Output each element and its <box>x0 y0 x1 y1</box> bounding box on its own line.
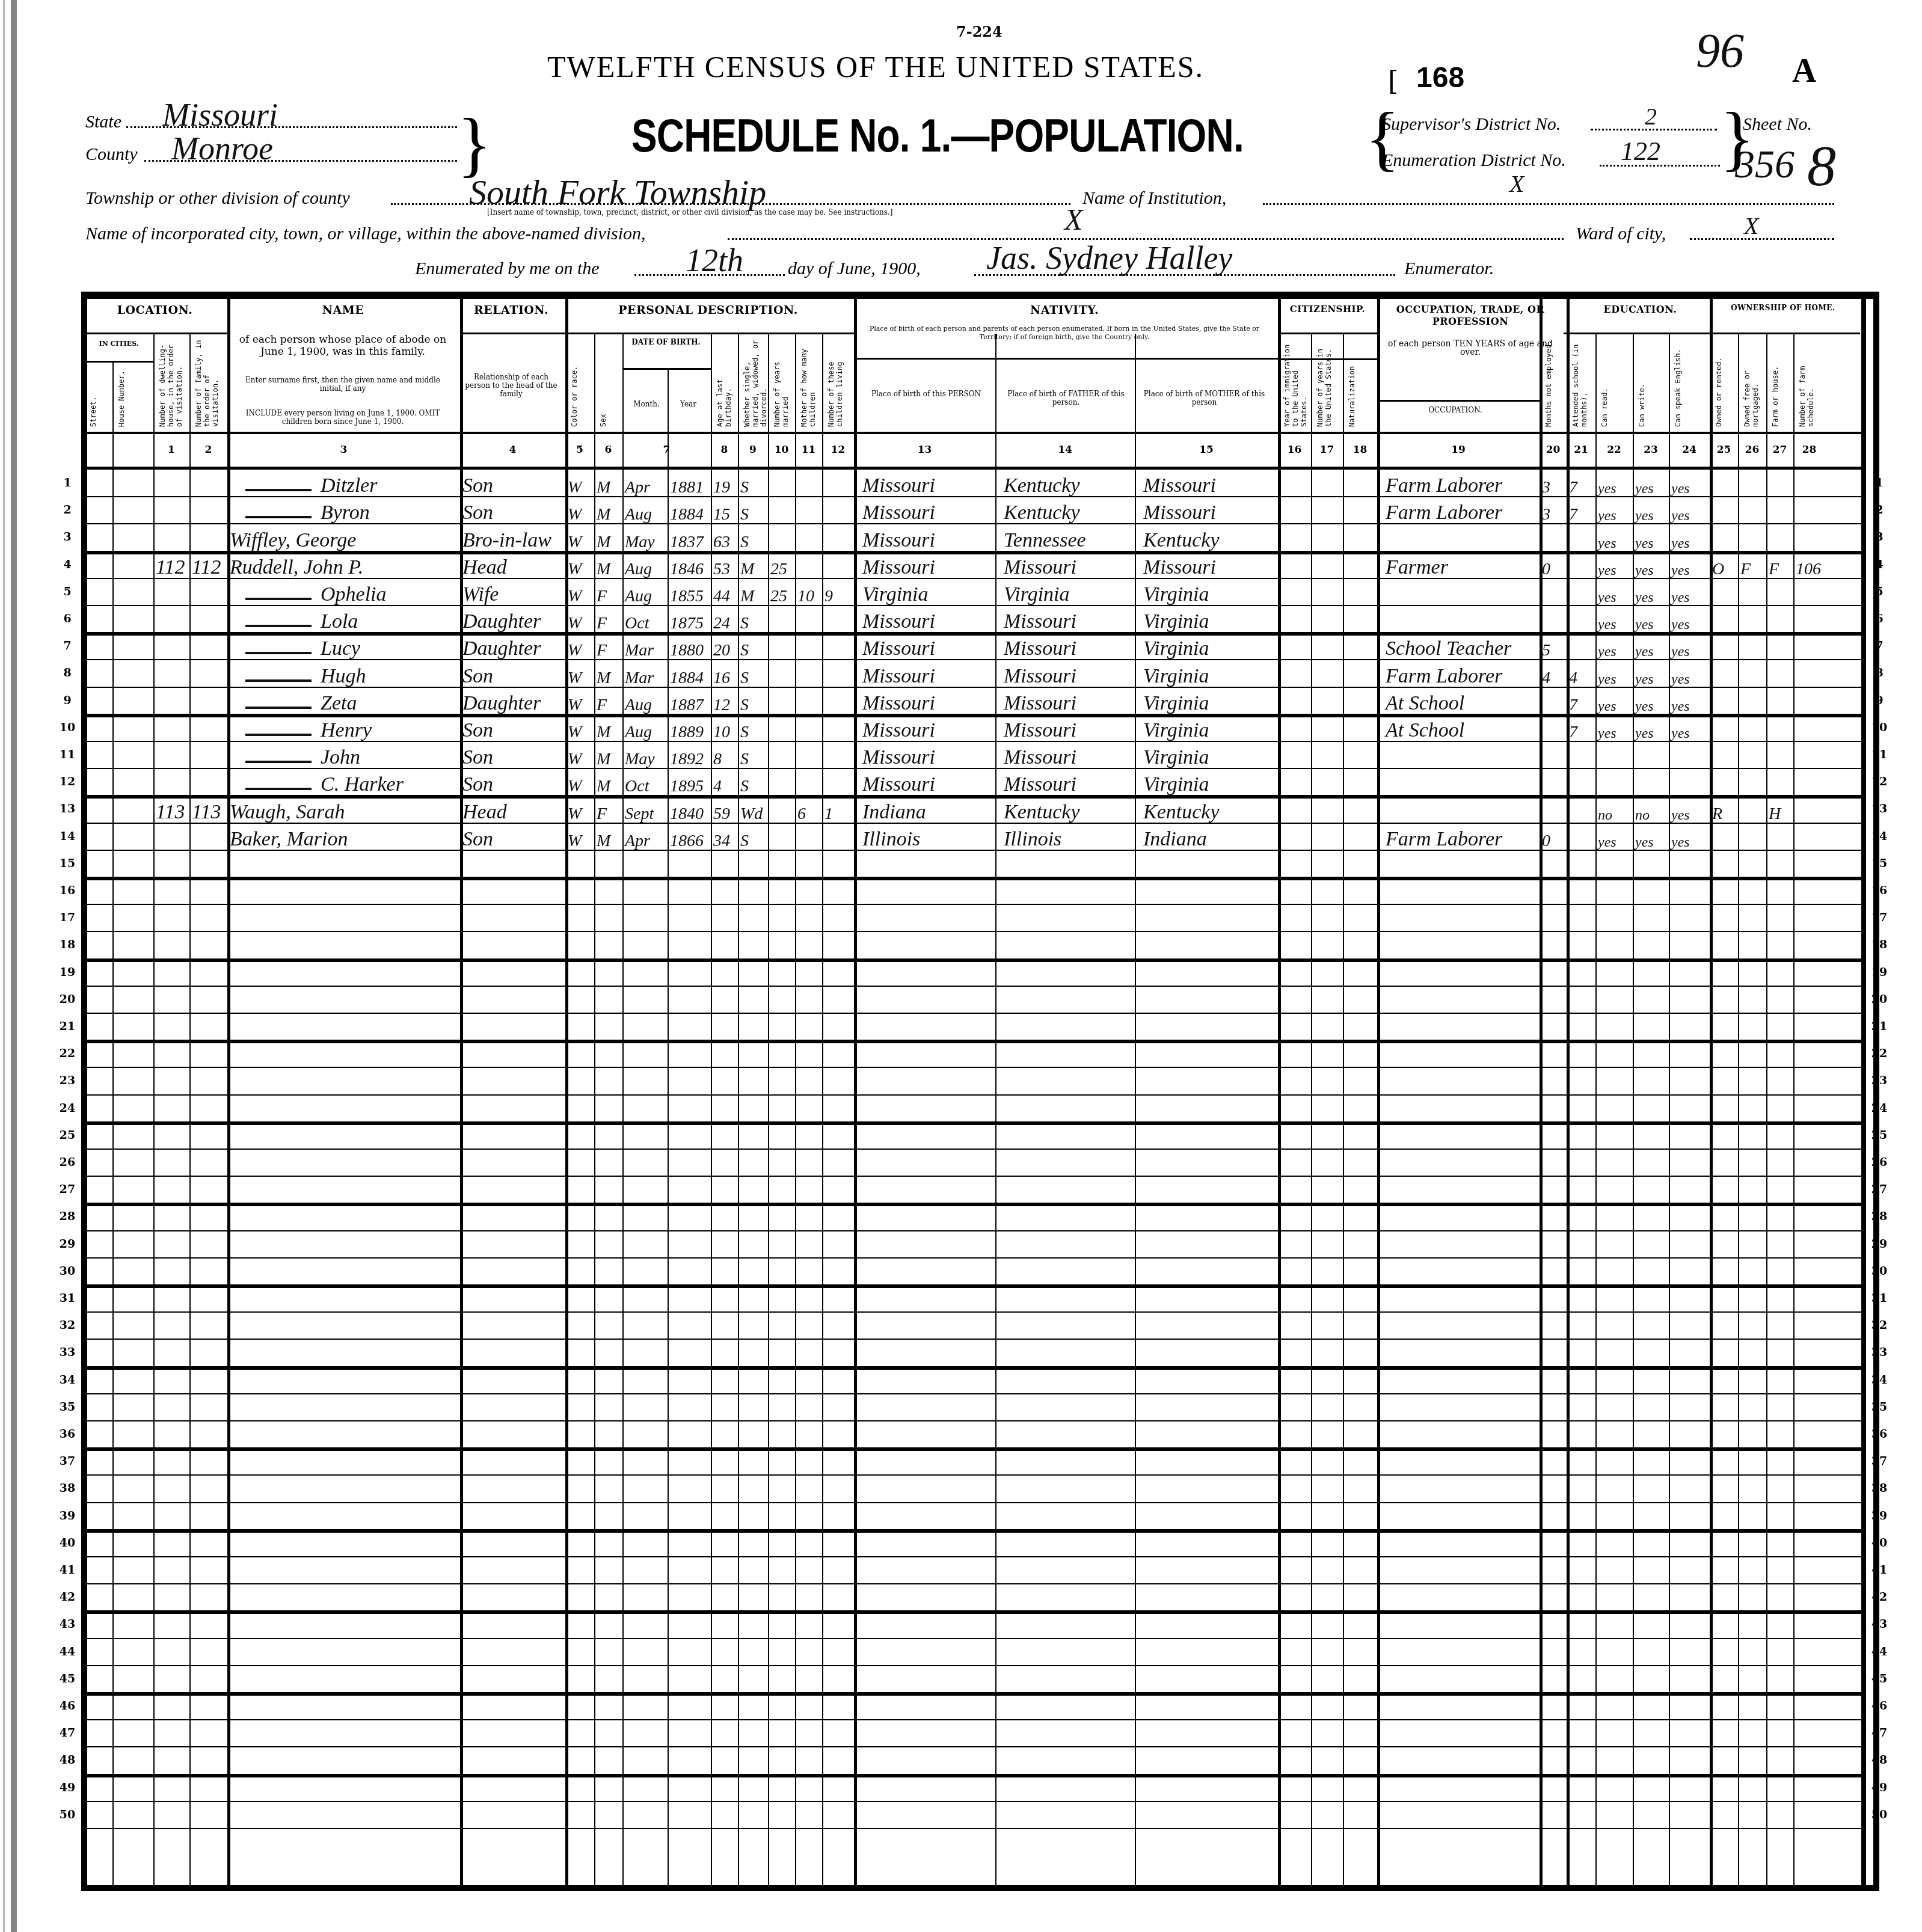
cell-sex: M <box>597 778 610 795</box>
group-personal-description: PERSONAL DESCRIPTION. <box>565 304 851 317</box>
line-number: 28 <box>1867 1210 1891 1223</box>
cell-year: 1884 <box>670 670 704 687</box>
cell-sex: M <box>597 833 610 850</box>
line-number: 22 <box>1867 1047 1891 1060</box>
cell-occupation: At School <box>1386 693 1464 714</box>
cell-marital: S <box>740 670 749 687</box>
cell-year: 1875 <box>670 615 704 632</box>
column-number: 12 <box>822 444 854 456</box>
row-rule <box>84 1692 1861 1696</box>
cell-marital: S <box>740 697 749 714</box>
cell-mother-birth: Kentucky <box>1143 802 1220 823</box>
col-birth-person: Place of birth of this PERSON <box>857 390 995 398</box>
cell-month: Mar <box>625 642 654 659</box>
group-nativity: NATIVITY. <box>854 304 1275 317</box>
column-number: 18 <box>1343 444 1377 456</box>
cell-read: yes <box>1598 726 1617 741</box>
column-number: 2 <box>189 444 227 456</box>
cell-birth: Missouri <box>862 612 935 632</box>
row-rule <box>84 1420 1861 1421</box>
cell-father-birth: Missouri <box>1004 557 1076 578</box>
ward-field-line <box>1690 238 1834 240</box>
cell-month: Aug <box>625 561 652 578</box>
line-number: 40 <box>55 1536 79 1550</box>
city-label: Name of incorporated city, town, or vill… <box>85 224 646 244</box>
cell-occupation: Farmer <box>1386 557 1448 578</box>
table-row: ByronSonWMAug188415SMissouriKentuckyMiss… <box>0 498 1922 526</box>
cell-father-birth: Missouri <box>1004 666 1076 687</box>
cell-birth: Virginia <box>862 584 929 605</box>
row-rule <box>84 1284 1861 1288</box>
cell-write: no <box>1635 808 1650 823</box>
cell-mother-birth: Indiana <box>1143 829 1207 850</box>
city-value: X <box>1064 202 1083 237</box>
cell-year: 1892 <box>670 751 704 768</box>
line-number: 19 <box>1867 966 1891 979</box>
line-number: 32 <box>1867 1319 1891 1332</box>
cell-year: 1895 <box>670 778 704 795</box>
cell-year: 1840 <box>670 806 704 823</box>
cell-sex: F <box>597 806 607 823</box>
column-number: 15 <box>1135 444 1278 456</box>
line-number: 30 <box>55 1265 79 1278</box>
line-number: 37 <box>55 1455 79 1468</box>
cell-english: yes <box>1671 618 1690 632</box>
cell-english: yes <box>1671 808 1690 823</box>
table-row: LucyDaughterWFMar188020SMissouriMissouri… <box>0 634 1922 661</box>
line-number: 23 <box>55 1074 79 1087</box>
sheet-label: Sheet No. <box>1743 114 1812 135</box>
page-left-binding-edge <box>11 0 17 1932</box>
cell-age: 16 <box>713 670 730 687</box>
cell-mother-of: 10 <box>797 588 814 605</box>
cell-unemployed: 5 <box>1542 642 1550 659</box>
line-number: 39 <box>1867 1509 1891 1523</box>
occupation-description: of each person TEN YEARS of age and over… <box>1383 340 1558 357</box>
county-value: Monroe <box>171 130 273 167</box>
cell-father-birth: Missouri <box>1004 639 1076 659</box>
group-name: NAME <box>227 304 459 317</box>
cell-occupation: At School <box>1386 720 1464 741</box>
cell-sex: M <box>597 506 610 523</box>
col-header-read: Can read. <box>1600 337 1609 427</box>
col-header-naturalization: Naturalization <box>1348 337 1356 427</box>
group-occupation: OCCUPATION, TRADE, OR PROFESSION <box>1380 304 1561 328</box>
cell-relation: Son <box>462 503 493 523</box>
cell-month: Aug <box>625 724 652 741</box>
name-description: of each person whose place of abode on J… <box>238 334 448 358</box>
header-bottom-rule <box>84 432 1861 434</box>
table-row: DitzlerSonWMApr188119SMissouriKentuckyMi… <box>0 471 1922 498</box>
line-number: 24 <box>55 1102 79 1115</box>
ditto-dash <box>245 625 312 627</box>
cell-color: W <box>568 778 582 795</box>
cell-marital: M <box>740 561 754 578</box>
col-header-mother-of: Mother of how many children <box>800 337 817 427</box>
cell-read: yes <box>1598 509 1617 523</box>
cell-father-birth: Kentucky <box>1004 476 1080 496</box>
line-number: 41 <box>55 1563 79 1577</box>
column-number: 28 <box>1793 444 1825 456</box>
census-title: TWELFTH CENSUS OF THE UNITED STATES. <box>547 49 1204 84</box>
cell-marital: S <box>740 724 749 741</box>
enumerated-prefix: Enumerated by me on the <box>415 259 600 279</box>
column-number: 8 <box>711 444 738 456</box>
cell-color: W <box>568 670 582 687</box>
cell-english: yes <box>1671 699 1690 714</box>
enumerator-name: Jas. Sydney Halley <box>986 239 1232 277</box>
cell-name: Wiffley, George <box>230 530 356 551</box>
cell-unemployed: 4 <box>1542 670 1550 687</box>
row-rule <box>84 1746 1861 1747</box>
cell-month: Aug <box>625 697 652 714</box>
line-number: 35 <box>55 1400 79 1414</box>
line-number: 41 <box>1867 1563 1891 1577</box>
cell-yrs-married: 25 <box>770 561 787 578</box>
table-row: OpheliaWifeWFAug185544M25109VirginiaVirg… <box>0 580 1922 607</box>
cell-farm: H <box>1769 806 1781 823</box>
cell-year: 1855 <box>670 588 704 605</box>
cell-father-birth: Missouri <box>1004 720 1076 741</box>
cell-age: 59 <box>713 806 730 823</box>
line-number: 33 <box>1867 1346 1891 1359</box>
cell-age: 8 <box>713 751 722 768</box>
column-number: 17 <box>1311 444 1343 456</box>
cell-marital: S <box>740 506 749 523</box>
row-rule <box>84 958 1861 962</box>
cell-dwelling: 112 <box>156 557 185 578</box>
state-county-brace: } <box>457 108 492 180</box>
cell-name: Baker, Marion <box>230 829 348 850</box>
header-divider <box>1377 400 1540 402</box>
cell-relation: Son <box>462 476 493 496</box>
enumerated-suffix: day of June, 1900, <box>788 259 921 279</box>
line-number: 26 <box>1867 1156 1891 1169</box>
cell-english: yes <box>1671 536 1690 551</box>
cell-birth: Missouri <box>862 503 935 523</box>
row-rule <box>84 1774 1861 1777</box>
ditto-dash <box>245 679 312 682</box>
cell-relation: Daughter <box>462 612 541 632</box>
enumerator-label: Enumerator. <box>1404 259 1494 279</box>
cell-marital: M <box>740 588 754 605</box>
group-ownership: OWNERSHIP OF HOME. <box>1720 304 1846 312</box>
cell-month: May <box>625 751 655 768</box>
line-number: 36 <box>55 1428 79 1441</box>
group-in-cities: IN CITIES. <box>84 340 153 348</box>
cell-father-birth: Missouri <box>1004 693 1076 714</box>
line-number: 38 <box>1867 1482 1891 1495</box>
line-number: 37 <box>1867 1455 1891 1468</box>
cell-color: W <box>568 642 582 659</box>
line-number: 27 <box>55 1183 79 1196</box>
group-relation: RELATION. <box>460 304 562 317</box>
table-row: LolaDaughterWFOct187524SMissouriMissouri… <box>0 607 1922 634</box>
cell-father-birth: Missouri <box>1004 774 1076 795</box>
cell-name: Waugh, Sarah <box>230 802 345 823</box>
line-number: 21 <box>1867 1020 1891 1033</box>
col-header-house: House Number. <box>117 367 126 427</box>
row-rule <box>84 1393 1861 1394</box>
line-number: 46 <box>55 1699 79 1713</box>
cell-sex: M <box>597 479 610 496</box>
row-rule <box>84 931 1861 932</box>
column-number: 26 <box>1738 444 1766 456</box>
line-number: 44 <box>55 1645 79 1658</box>
col-header-dwelling: Number of dwelling-house, in the order o… <box>158 337 183 427</box>
cell-relation: Son <box>462 747 493 768</box>
cell-occupation: Farm Laborer <box>1386 829 1502 850</box>
schedule-title: SCHEDULE No. 1.—POPULATION. <box>631 108 1244 163</box>
cell-read: yes <box>1598 645 1617 659</box>
cell-free: F <box>1740 561 1751 578</box>
row-rule <box>84 1556 1861 1557</box>
cell-sex: F <box>597 588 607 605</box>
cell-marital: S <box>740 534 749 551</box>
cell-occupation: Farm Laborer <box>1386 503 1502 523</box>
line-number: 31 <box>1867 1292 1891 1305</box>
cell-father-birth: Kentucky <box>1004 503 1080 523</box>
cell-name: Ophelia <box>321 584 387 605</box>
header-divider <box>854 358 1278 360</box>
col-header-schedule: Number of farm schedule. <box>1798 337 1815 427</box>
line-number: 50 <box>55 1808 79 1821</box>
cell-year: 1837 <box>670 534 704 551</box>
stamp-bracket-mark: [ <box>1388 66 1398 97</box>
line-number: 33 <box>55 1346 79 1359</box>
state-label: State <box>85 112 121 132</box>
line-number: 49 <box>55 1781 79 1794</box>
line-number: 34 <box>1867 1373 1891 1387</box>
col-header-english: Can speak English. <box>1674 337 1682 427</box>
cell-write: yes <box>1635 726 1654 741</box>
cell-name: Hugh <box>321 666 366 687</box>
table-row: ZetaDaughterWFAug188712SMissouriMissouri… <box>0 689 1922 716</box>
header-divider <box>1278 333 1377 334</box>
cell-marital: S <box>740 778 749 795</box>
cell-family: 112 <box>192 557 221 578</box>
line-number: 24 <box>1867 1102 1891 1115</box>
column-number: 1 <box>153 444 189 456</box>
col-header-family: Number of family, in the order of visita… <box>194 337 220 427</box>
row-rule <box>84 1257 1861 1259</box>
cell-unemployed: 3 <box>1542 479 1550 496</box>
line-number: 22 <box>55 1047 79 1060</box>
line-number: 49 <box>1867 1781 1891 1794</box>
cell-year: 1866 <box>670 833 704 850</box>
cell-sex: M <box>597 670 610 687</box>
line-number: 34 <box>55 1373 79 1387</box>
line-number: 20 <box>55 993 79 1006</box>
cell-write: yes <box>1635 563 1654 578</box>
line-number: 29 <box>55 1237 79 1251</box>
column-number: 16 <box>1278 444 1311 456</box>
cell-read: yes <box>1598 563 1617 578</box>
row-rule <box>84 1719 1861 1720</box>
line-number: 15 <box>1867 857 1891 870</box>
cell-father-birth: Missouri <box>1004 747 1076 768</box>
cell-age: 44 <box>713 588 730 605</box>
ed-value: 122 <box>1621 136 1660 167</box>
row-rule <box>84 1828 1861 1829</box>
col-occupation: OCCUPATION. <box>1383 406 1527 414</box>
cell-english: yes <box>1671 590 1690 605</box>
cell-relation: Daughter <box>462 639 541 659</box>
line-number: 30 <box>1867 1265 1891 1278</box>
row-rule <box>84 1121 1861 1125</box>
cell-color: W <box>568 833 582 850</box>
cell-age: 53 <box>713 561 730 578</box>
cell-name: Henry <box>321 720 372 741</box>
col-header-own: Owned or rented. <box>1715 337 1723 427</box>
cell-read: yes <box>1598 699 1617 714</box>
cell-birth: Illinois <box>862 829 920 850</box>
line-number: 42 <box>1867 1590 1891 1604</box>
cell-marital: S <box>740 615 749 632</box>
state-value: Missouri <box>162 96 278 133</box>
line-number: 43 <box>1867 1618 1891 1631</box>
col-header-immigration: Year of immigration to the United States… <box>1283 337 1308 427</box>
cell-relation: Son <box>462 720 493 741</box>
header-divider <box>1564 333 1710 334</box>
cell-age: 19 <box>713 479 730 496</box>
col-header-years-us: Number of years in the United States. <box>1316 337 1333 427</box>
row-rule <box>84 1094 1861 1096</box>
ditto-dash <box>245 598 312 600</box>
col-header-unemployed: Months not employed. <box>1544 337 1553 427</box>
row-rule <box>84 1610 1861 1614</box>
cell-color: W <box>568 588 582 605</box>
line-number: 17 <box>1867 911 1891 924</box>
cell-write: yes <box>1635 536 1654 551</box>
ward-label: Ward of city, <box>1576 224 1666 244</box>
cell-mother-birth: Virginia <box>1143 774 1209 795</box>
cell-write: yes <box>1635 699 1654 714</box>
ditto-dash <box>245 516 312 518</box>
cell-marital: S <box>740 642 749 659</box>
line-number: 50 <box>1867 1808 1891 1821</box>
ditto-dash <box>245 734 312 736</box>
col-header-school: Attended school (in months). <box>1571 337 1588 427</box>
col-header-free: Owned free or mortgaged. <box>1743 337 1760 427</box>
column-number: 19 <box>1377 444 1540 456</box>
county-label: County <box>85 144 138 165</box>
line-number: 39 <box>55 1509 79 1523</box>
cell-age: 12 <box>713 697 730 714</box>
cell-mother-birth: Virginia <box>1143 693 1209 714</box>
row-rule <box>84 1230 1861 1231</box>
cell-marital: S <box>740 479 749 496</box>
column-number: 27 <box>1766 444 1793 456</box>
cell-write: yes <box>1635 618 1654 632</box>
cell-month: Aug <box>625 506 652 523</box>
cell-color: W <box>568 697 582 714</box>
cell-father-birth: Tennessee <box>1004 530 1086 551</box>
cell-color: W <box>568 806 582 823</box>
cell-mother-birth: Virginia <box>1143 584 1209 605</box>
cell-read: yes <box>1598 482 1617 496</box>
cell-color: W <box>568 751 582 768</box>
handwritten-page-number: 96 <box>1696 24 1744 79</box>
cell-mother-of: 6 <box>797 806 806 823</box>
cell-year: 1846 <box>670 561 704 578</box>
cell-color: W <box>568 724 582 741</box>
column-number: 3 <box>227 444 460 456</box>
col-header-living: Number of these children living <box>827 337 844 427</box>
line-number: 36 <box>1867 1428 1891 1441</box>
cell-farm: F <box>1769 561 1779 578</box>
cell-read: yes <box>1598 536 1617 551</box>
header-divider <box>84 333 229 334</box>
column-number: 23 <box>1633 444 1669 456</box>
cell-year: 1881 <box>670 479 704 496</box>
line-number: 35 <box>1867 1400 1891 1414</box>
cell-write: yes <box>1635 509 1654 523</box>
cell-month: Mar <box>625 670 654 687</box>
group-location: LOCATION. <box>84 304 226 317</box>
row-rule <box>84 1013 1861 1014</box>
cell-sex: M <box>597 534 610 551</box>
cell-sex: F <box>597 642 607 659</box>
cell-birth: Missouri <box>862 530 935 551</box>
row-rule <box>84 1474 1861 1476</box>
col-header-farm: Farm or house. <box>1771 337 1779 427</box>
line-number: 17 <box>55 911 79 924</box>
table-row: HughSonWMMar188416SMissouriMissouriVirgi… <box>0 661 1922 688</box>
cell-relation: Head <box>462 802 507 823</box>
column-number: 22 <box>1595 444 1633 456</box>
cell-unemployed: 3 <box>1542 506 1550 523</box>
cell-read: yes <box>1598 590 1617 605</box>
cell-birth: Missouri <box>862 720 935 741</box>
group-citizenship: CITIZENSHIP. <box>1278 304 1377 314</box>
line-number: 47 <box>55 1726 79 1740</box>
cell-name: Lucy <box>321 639 360 659</box>
cell-relation: Son <box>462 774 493 795</box>
group-education: EDUCATION. <box>1564 304 1717 315</box>
header-divider <box>565 333 854 334</box>
row-rule <box>84 1447 1861 1451</box>
cell-marital: S <box>740 751 749 768</box>
cell-living: 9 <box>824 588 833 605</box>
row-rule <box>84 1638 1861 1639</box>
cell-read: no <box>1598 808 1612 823</box>
line-number: 16 <box>1867 884 1891 897</box>
cell-relation: Son <box>462 829 493 850</box>
line-number: 21 <box>55 1020 79 1033</box>
row-rule <box>84 1529 1861 1533</box>
cell-month: Apr <box>625 479 650 496</box>
cell-english: yes <box>1671 509 1690 523</box>
cell-color: W <box>568 561 582 578</box>
cell-age: 10 <box>713 724 730 741</box>
cell-own: R <box>1712 806 1722 823</box>
cell-year: 1887 <box>670 697 704 714</box>
cell-mother-birth: Virginia <box>1143 639 1209 659</box>
line-number: 28 <box>55 1210 79 1223</box>
cell-relation: Son <box>462 666 493 687</box>
institution-label: Name of Institution, <box>1082 188 1226 209</box>
cell-write: yes <box>1635 590 1654 605</box>
name-instruction-1: Enter surname first, then the given name… <box>238 376 448 393</box>
col-header-age: Age at last birthday. <box>716 337 732 427</box>
date-of-birth-header: DATE OF BIRTH. <box>622 338 710 346</box>
column-number: 24 <box>1669 444 1710 456</box>
cell-name: Ruddell, John P. <box>230 557 363 578</box>
table-row: HenrySonWMAug188910SMissouriMissouriVirg… <box>0 716 1922 743</box>
cell-school: 7 <box>1569 479 1577 496</box>
col-month: Month. <box>625 400 668 408</box>
